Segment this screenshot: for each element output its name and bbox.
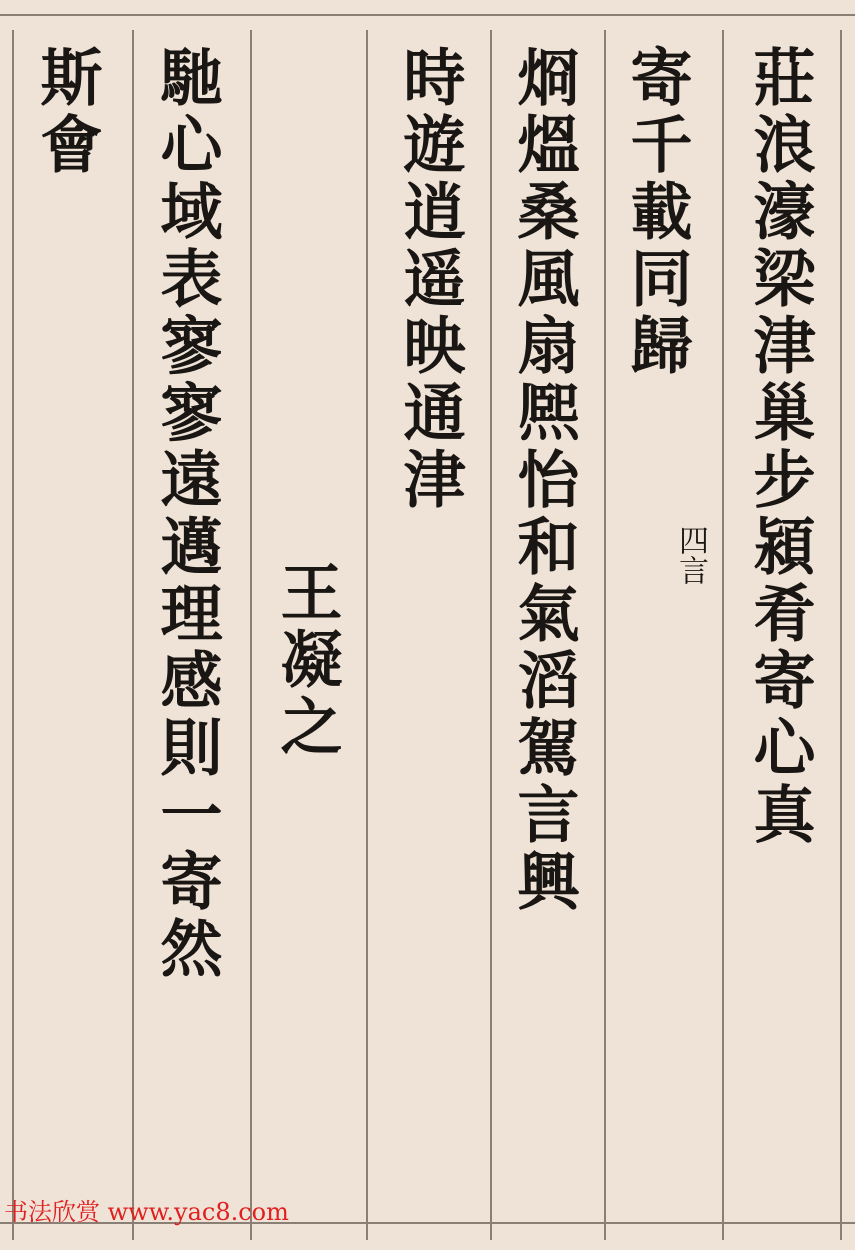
top-rule [0, 14, 855, 16]
rule [840, 30, 842, 1240]
rule [490, 30, 492, 1240]
rule [722, 30, 724, 1240]
author: 王凝之 [275, 560, 337, 761]
column-3: 烱熅桑風扇熈怡和氣滔駕言興 [512, 45, 574, 916]
column-6: 馳心域表寥寥遠邁理感則一寄然 [155, 45, 217, 983]
rule [12, 30, 14, 1240]
column-2: 寄千載同歸 [625, 45, 687, 380]
column-1: 莊浪濠梁津巢步潁肴寄心真 [748, 45, 810, 849]
rule [366, 30, 368, 1240]
watermark: 书法欣赏 www.yac8.com [4, 1192, 289, 1227]
rule [132, 30, 134, 1240]
rule [250, 30, 252, 1240]
column-7: 斯會 [35, 45, 97, 179]
column-4: 時遊逍遥映通津 [398, 45, 460, 514]
rule [604, 30, 606, 1240]
annotation: 四言 [668, 525, 712, 585]
